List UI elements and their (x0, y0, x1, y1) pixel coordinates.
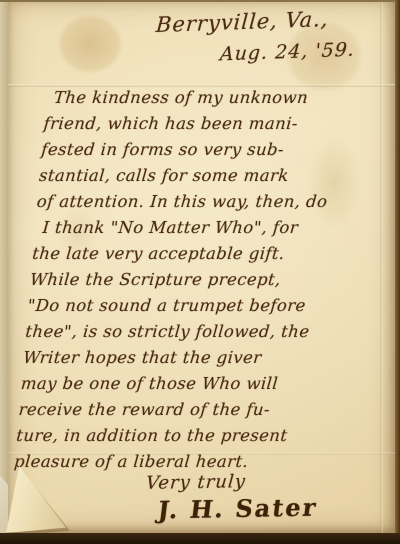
body-line: of attention. In this way, then, do (36, 189, 396, 215)
letter-body: The kindness of my unknown friend, which… (13, 85, 400, 475)
body-line: "Do not sound a trumpet before (27, 293, 387, 319)
letter-closing: Very truly (145, 471, 247, 494)
body-line: The kindness of my unknown (45, 85, 400, 111)
photo-edge-right (395, 0, 400, 544)
photo-edge-bottom (0, 533, 400, 544)
body-line: the late very acceptable gift. (31, 241, 391, 267)
letter-photograph: Berryville, Va., Aug. 24, '59. The kindn… (0, 0, 400, 544)
body-line: ture, in addition to the present (15, 423, 375, 449)
body-line: Writer hopes that the giver (22, 345, 382, 371)
body-line: fested in forms so very sub- (40, 137, 400, 163)
body-line: thee", is so strictly followed, the (24, 319, 384, 345)
photo-edge-top (0, 0, 400, 2)
body-line: friend, which has been mani- (43, 111, 400, 137)
letter-sheet: Berryville, Va., Aug. 24, '59. The kindn… (8, 0, 395, 533)
body-line: receive the reward of the fu- (17, 397, 377, 423)
letter-signature: J. H. Sater (156, 493, 319, 525)
body-line: may be one of those Who will (20, 371, 380, 397)
paper-stain-top-left (44, 2, 136, 86)
letter-place-line: Berryville, Va., (155, 7, 329, 37)
letter-date-line: Aug. 24, '59. (219, 39, 355, 66)
body-line: I thank "No Matter Who", for (33, 215, 393, 241)
body-line: stantial, calls for some mark (38, 163, 398, 189)
body-line: While the Scripture precept, (29, 267, 389, 293)
